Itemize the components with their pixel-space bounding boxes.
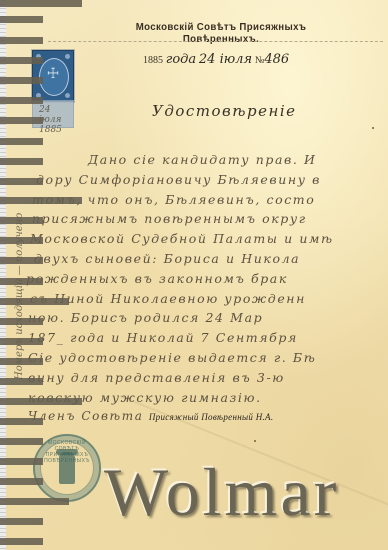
eagle-icon: ☩ [43, 65, 63, 85]
ink-spot [254, 440, 256, 442]
binder-bar [0, 158, 43, 165]
date-day-month: 24 іюля [199, 52, 252, 67]
document-page: Московскій Совѣтъ Присяжныхъ Повѣренныхъ… [0, 0, 388, 550]
body-line: Московской Судебной Палаты и имѣ [14, 231, 388, 251]
date-year-suffix: года [166, 52, 196, 67]
binder-bar [0, 57, 43, 64]
binder-bar [0, 338, 43, 345]
binder-bar [0, 217, 43, 224]
binder-bar [0, 298, 69, 305]
body-line: Дано сіе кандидату прав. И [14, 152, 388, 172]
body-line: присяжнымъ повѣреннымъ округ [14, 211, 388, 231]
stamp-corner-dot [65, 54, 70, 59]
body-line: съ Ниной Николаевною урожденн [14, 291, 388, 311]
document-body: Дано сіе кандидату прав. И дору Симфоріа… [14, 152, 388, 429]
binder-bar [0, 418, 43, 425]
signature-handwritten: Членъ Совѣта [28, 409, 143, 423]
binder-bar [0, 438, 43, 445]
ink-spot [372, 127, 374, 129]
body-line: двухъ сыновей: Бориса и Никола [14, 251, 388, 271]
official-seal: МОСКОВСКІЙ СОВѢТЪ ПРИСЯЖНЫХЪ ПОВѢРЕННЫХЪ [33, 434, 101, 502]
binder-bar [0, 478, 43, 485]
body-line: вину для представленія въ 3-ю [14, 370, 388, 390]
body-line: Сіе удостовѣреніе выдается г. Бѣ [14, 350, 388, 370]
body-line: рожденныхъ въ законномъ брак [14, 271, 388, 291]
stamp-cancellation-text: 24 іюля 1885 [39, 105, 73, 135]
date-year: 1885 [143, 55, 163, 66]
binder-bar [0, 77, 43, 84]
binder-bar [0, 458, 43, 465]
binder-bar [0, 197, 82, 204]
binder-bar [0, 257, 43, 264]
tower-icon [59, 452, 75, 484]
document-heading: Удостовѣреніе [152, 102, 297, 120]
document-number: 486 [264, 52, 289, 67]
body-line: дору Симфоріановичу Бѣляевину в [14, 172, 388, 192]
binder-bar [0, 138, 43, 145]
body-line: 187_ года и Николай 7 Сентября [14, 330, 388, 350]
number-label: № [255, 55, 265, 66]
binder-bar [0, 278, 43, 285]
binder-bar [0, 97, 43, 104]
binder-bar [0, 117, 43, 124]
binder-bar [0, 378, 43, 385]
stamp-corner-dot [65, 93, 70, 98]
binder-bar [0, 538, 43, 545]
binder-bar [0, 398, 82, 405]
binder-bar [0, 358, 43, 365]
binder-bar [0, 16, 43, 23]
binder-bar [0, 498, 69, 505]
binder-bar [0, 237, 43, 244]
watermark: Wolmar [104, 458, 339, 526]
binder-bar [0, 518, 43, 525]
letterhead-rule [48, 41, 383, 42]
signature-printed: Присяжный Повѣренный Н.А. [149, 412, 274, 422]
body-line: ною. Борисъ родился 24 Мар [14, 310, 388, 330]
signature-line: Членъ Совѣта Присяжный Повѣренный Н.А. [14, 409, 388, 429]
binder-bar [0, 37, 43, 44]
binder-bar [0, 318, 43, 325]
binder-bar [0, 178, 43, 185]
date-line: 1885 года 24 іюля №486 [143, 52, 289, 67]
binder-bar [0, 0, 82, 7]
